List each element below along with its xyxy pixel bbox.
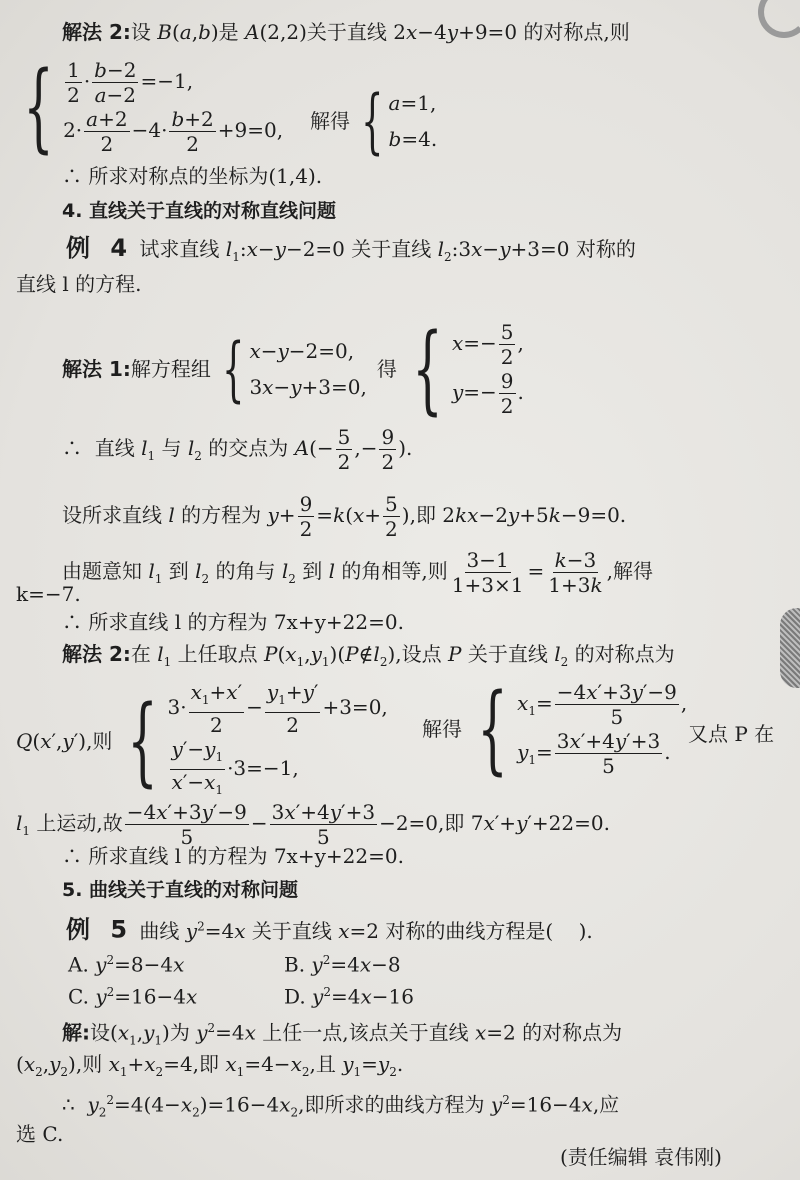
solution-label: 解: bbox=[62, 1021, 90, 1045]
example-4-line-2: 直线 l 的方程. bbox=[16, 270, 141, 298]
get-label: 得 bbox=[377, 355, 397, 383]
option-a: A. y2=8−4x bbox=[68, 946, 184, 979]
solution-line-3: ∴ y22=4(4−x2)=16−4x2,即所求的曲线方程为 y2=16−4x,… bbox=[62, 1086, 619, 1127]
method2-intro-line: 解法 2:设 B(a,b)是 A(2,2)关于直线 2x−4y+9=0 的对称点… bbox=[62, 18, 630, 46]
method1-system: 解法 1: 解方程组 { x−y−2=0, 3x−y+3=0, 得 { x=−5… bbox=[62, 320, 524, 418]
solution-line-4: 选 C. bbox=[16, 1120, 63, 1148]
conclusion-line: ∴ 所求对称点的坐标为(1,4). bbox=[62, 162, 322, 190]
page-corner-decoration bbox=[758, 0, 800, 38]
method-title: 解法 2: bbox=[62, 642, 131, 666]
example-label: 例 4 bbox=[66, 234, 133, 262]
intersection-line: ∴ 直线 l1 与 l2 的交点为 A(−52,−92). bbox=[62, 425, 412, 474]
method-title: 解法 2: bbox=[62, 20, 131, 44]
line-equation: 设所求直线 l 的方程为 y+92=k(x+52),即 2kx−2y+5k−9=… bbox=[62, 492, 626, 541]
editor-credit: (责任编辑 袁伟刚) bbox=[560, 1143, 722, 1171]
solve-label: 解得 bbox=[310, 107, 350, 135]
page-edge-tab-decoration bbox=[780, 608, 800, 688]
example-label: 例 5 bbox=[66, 916, 133, 944]
equation-system-1: { 12·b−2a−2=−1, 2·a+22−4·b+22+9=0, bbox=[8, 58, 283, 156]
k-value: k=−7. bbox=[16, 580, 81, 608]
angle-equation: 由题意知 l1 到 l2 的角与 l2 到 l 的角相等,则3−11+3×1=k… bbox=[62, 548, 653, 597]
solution-line-2: (x2,y2),则 x1+x2=4,即 x1=4−x2,且 y1=y2. bbox=[16, 1050, 403, 1086]
option-b: B. y2=4x−8 bbox=[284, 946, 401, 979]
section-heading: 4. 直线关于直线的对称直线问题 bbox=[62, 197, 336, 225]
conclusion-2: ∴ 所求直线 l 的方程为 7x+y+22=0. bbox=[62, 842, 404, 870]
solution-line-1: 解:设(x1,y1)为 y2=4x 上任一点,该点关于直线 x=2 的对称点为 bbox=[62, 1014, 622, 1055]
method-title: 解法 1: bbox=[62, 355, 131, 383]
solution-system-1: 解得 { a=1, b=4. bbox=[310, 85, 437, 157]
scanned-page: 解法 2:设 B(a,b)是 A(2,2)关于直线 2x−4y+9=0 的对称点… bbox=[0, 0, 800, 1180]
method2-solution: 解得 { x1=−4x′+3y′−95, y1=3x′+4y′+35. bbox=[422, 680, 687, 778]
solve-label: 解得 bbox=[422, 715, 462, 743]
solve-text: 解方程组 bbox=[131, 355, 211, 383]
option-c: C. y2=16−4x bbox=[68, 978, 197, 1011]
section-heading: 5. 曲线关于直线的对称问题 bbox=[62, 876, 298, 904]
example-5-line: 例 5 曲线 y2=4x 关于直线 x=2 对称的曲线方程是( ). bbox=[66, 912, 593, 945]
conclusion-1: ∴ 所求直线 l 的方程为 7x+y+22=0. bbox=[62, 608, 404, 636]
method2-intro: 解法 2:在 l1 上任取点 P(x1,y1)(P∉l2),设点 P 关于直线 … bbox=[62, 640, 675, 676]
also-point-p: 又点 P 在 bbox=[688, 720, 774, 748]
method2-system: Q(x′,y′),则 { 3·x1+x′2−y1+y′2+3=0, y′−y1x… bbox=[16, 680, 388, 802]
example-4-line: 例 4 试求直线 l1:x−y−2=0 关于直线 l2:3x−y+3=0 对称的 bbox=[66, 234, 636, 271]
option-d: D. y2=4x−16 bbox=[284, 978, 414, 1011]
